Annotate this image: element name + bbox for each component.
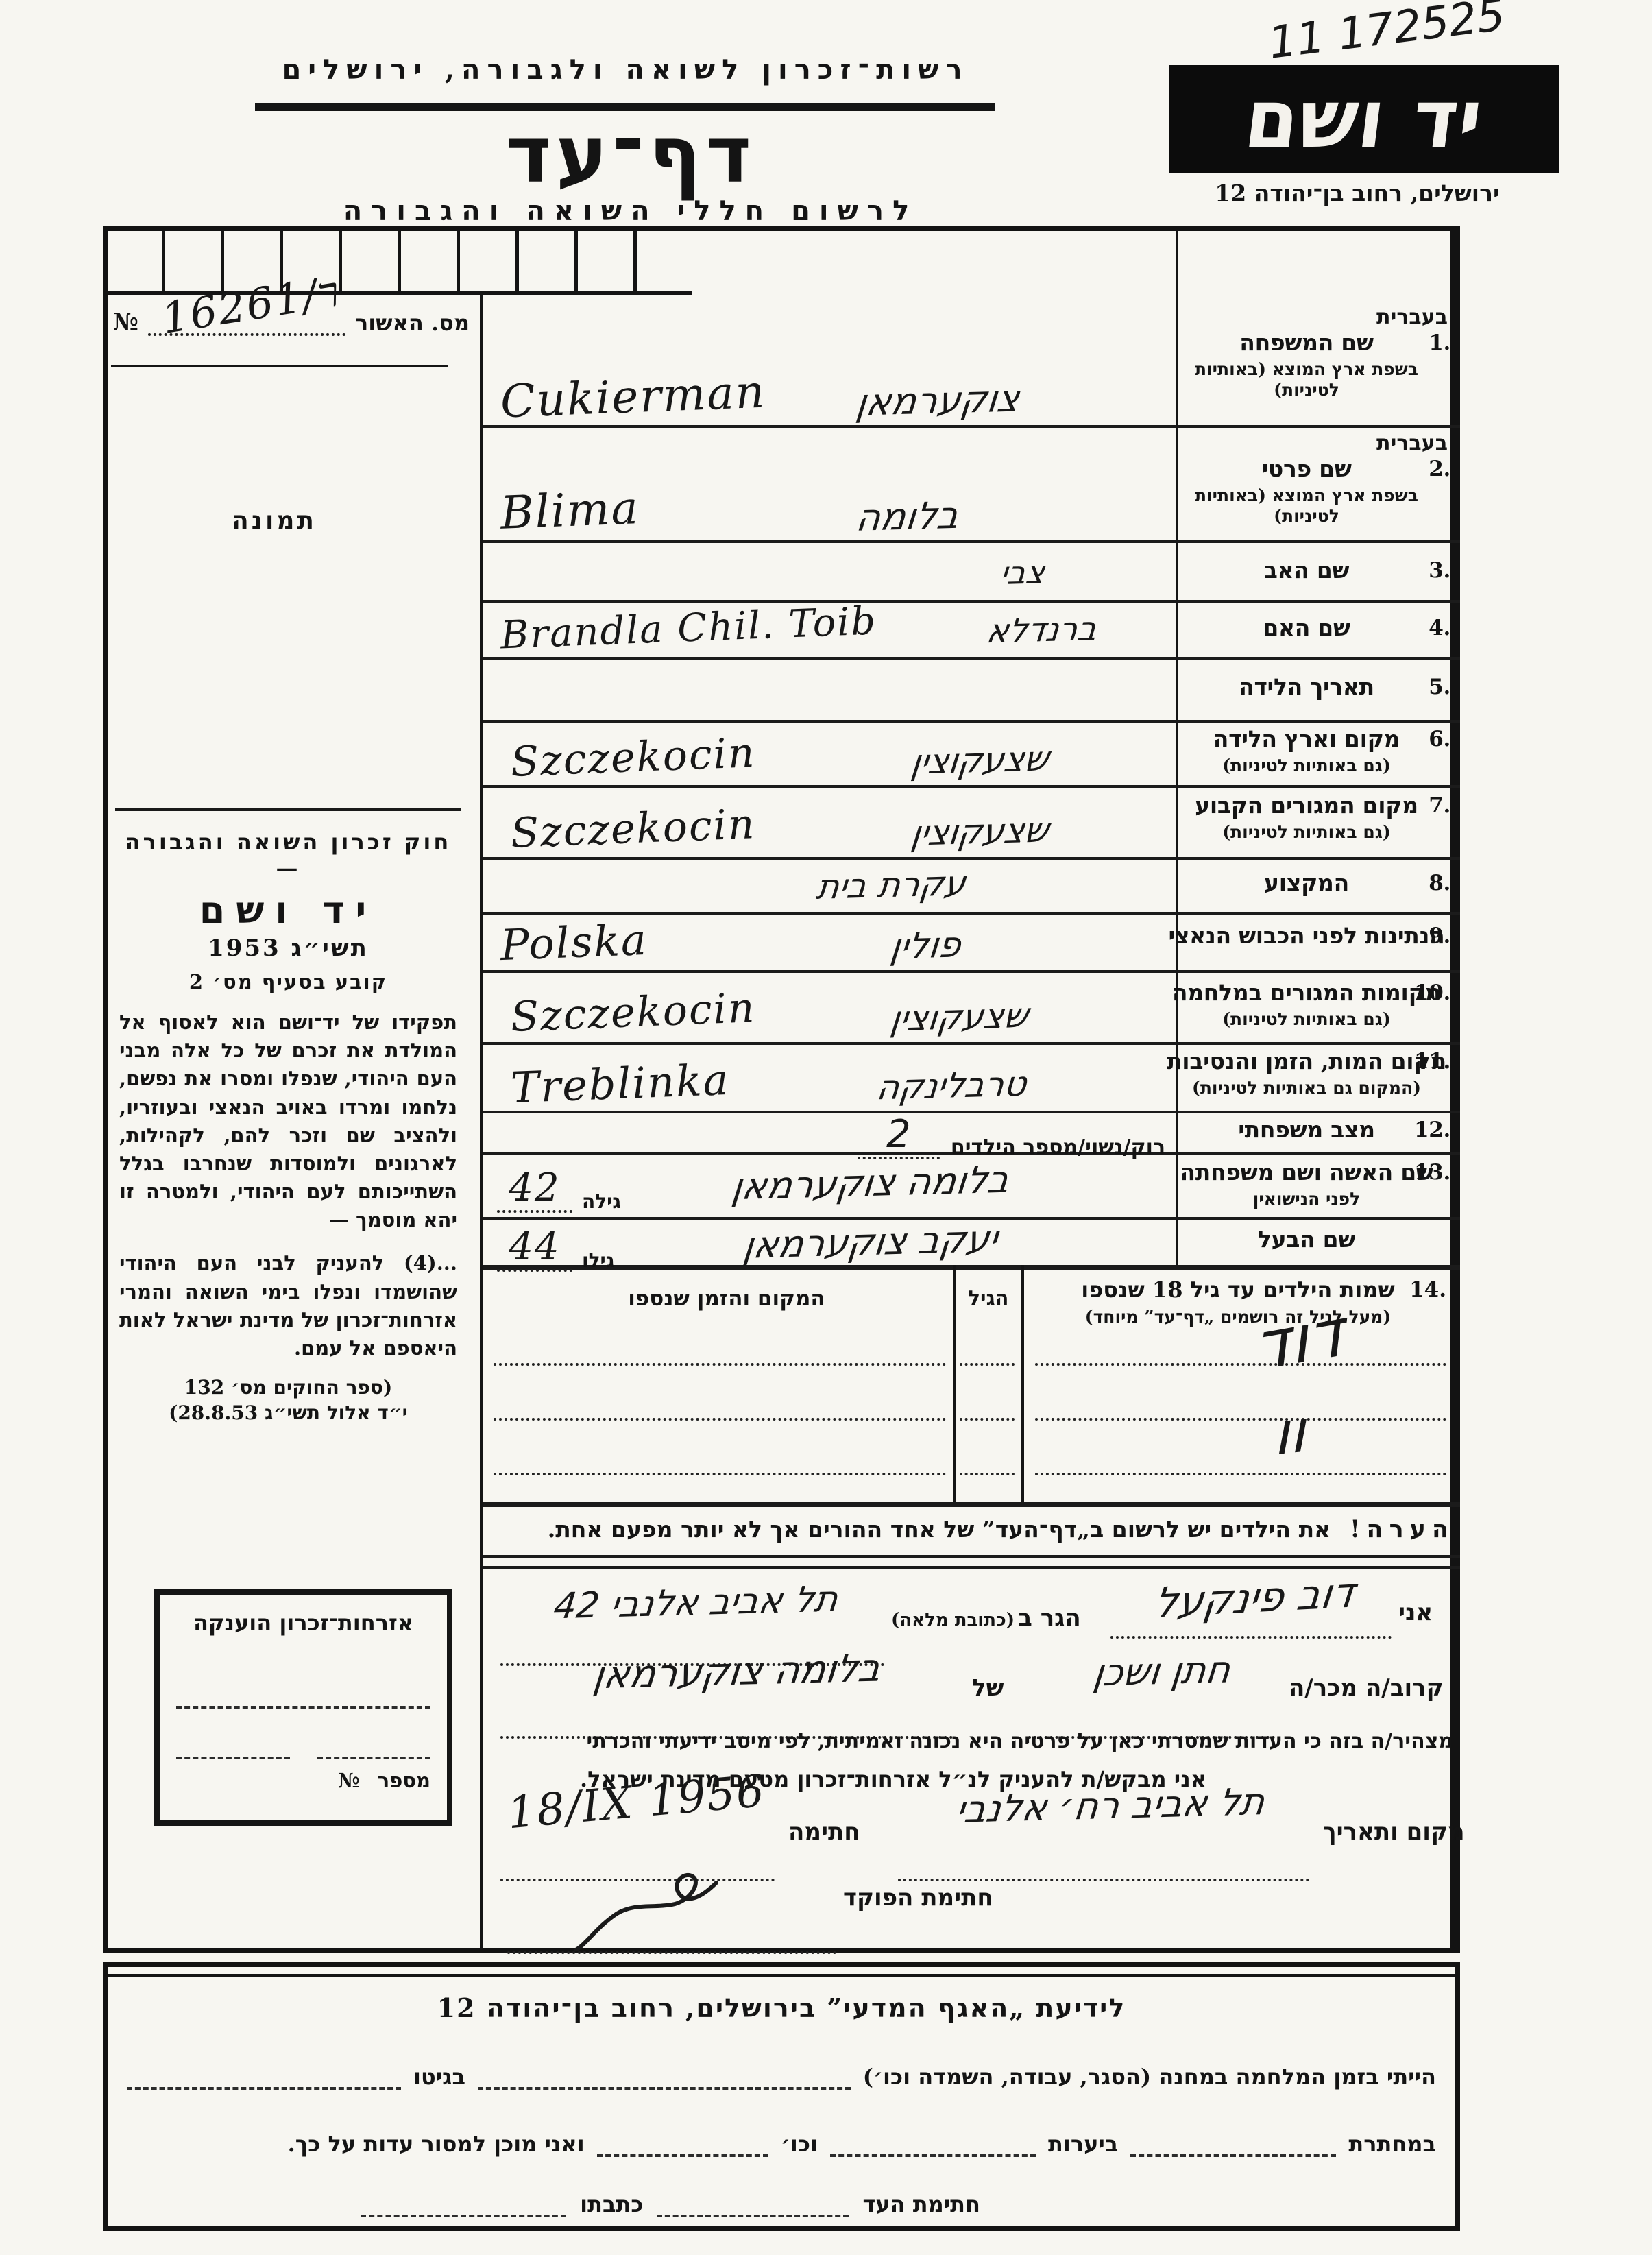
double-rule-b [483,1566,1460,1569]
child-row-name-line [1035,1336,1446,1366]
clerk-signature-scribble [569,1862,727,1951]
field-7-label: 7.מקום המגורים הקבוע (גם באותיות לטיניות… [1165,792,1448,843]
row-rule [483,857,1460,860]
field-9-hebrew-entry: פולין [888,919,1161,967]
citizenship-numero-sign: № [338,1769,360,1792]
husband-name-label: שם הבעל [1165,1226,1448,1253]
approval-row-rule [111,365,448,367]
double-rule-a [483,1555,1460,1558]
field-9-label: 9.הנתינות לפני הכבוש הנאצי [1165,922,1448,949]
war-location-row-2: במחתרת ביערות וכו׳ ואני מוכן למסור עדות … [127,2124,1436,2157]
row-rule [483,912,1460,915]
child-row-age-line [960,1445,1015,1475]
children-age-column-header: הגיל [953,1286,1024,1310]
children-count-value: 2 [886,1112,911,1157]
child-row-name-line [1035,1445,1446,1475]
witness-address-label: כתבתו [580,2191,643,2217]
science-branch-inner-rule [108,1974,1455,1977]
field-11-label: 11.מקום המות, הזמן והנסיבות (המקום גם בא… [1165,1048,1448,1098]
etc-label: וכו׳ [781,2131,818,2157]
resides-label: הגר ב [1018,1604,1081,1632]
of-label: של [972,1674,1004,1702]
law-year: תשי״ג 1953 [115,934,461,962]
witness-signature-label: חתימת העד [862,2191,980,2217]
row-rule [483,540,1460,543]
section-rule-thick [483,1502,1460,1507]
row-rule [483,600,1460,603]
field-1-hebrew-entry: צוקערמאן [854,373,1162,424]
field-6-label: 6.מקום וארץ הלידה (גם באותיות לטיניות) [1165,725,1448,776]
note-label: הערה! [1350,1515,1455,1543]
camp-blank [478,2057,851,2090]
row-rule [483,657,1460,660]
row-rule [483,720,1460,723]
law-yad-vashem-name: יד ושם [115,888,461,932]
field-11-latin-entry: Treblinka [510,1054,731,1113]
resides-sublabel: (כתובת מלאה) [891,1610,1015,1630]
field-3-hebrew-entry: צבי [999,551,1161,592]
law-paragraph-2: ‏...(4) להעניק לבני העם היהודי שהושמדו ו… [119,1249,457,1362]
field-7-hebrew-entry: שצעקוצין [909,807,1161,853]
yad-vashem-logo: יד ושם [1169,65,1559,173]
field-12-label: 12.מצב משפחתי [1165,1116,1448,1143]
citizenship-number-row: מספר № [176,1769,430,1792]
marital-status-inline-label: רוק/נשוי/מספר הילדים [951,1135,1165,1159]
children-section-label: 14. שמות הילדים עד גיל 18 שנספו (מעל לגי… [1028,1277,1448,1327]
ghetto-label: בגיטו [413,2064,465,2090]
husband-age-group: גילו 44 [497,1225,614,1272]
form-title: דף־עד [356,115,905,193]
ghetto-blank [127,2057,401,2090]
child-row-age-line [960,1336,1015,1366]
field-5-label: 5.תאריך הלידה [1165,673,1448,700]
logo-address: ירושלים, רחוב בן־יהודה 12 [1138,180,1577,206]
citizenship-box-title: אזרחות־זכרון הוענקה [160,1610,447,1636]
child-name-entry-2: וו [1274,1397,1306,1469]
law-title: חוק זכרון השואה והגבורה — [115,829,461,881]
law-text-block: חוק זכרון השואה והגבורה — יד ושם תשי״ג 1… [115,808,461,1424]
numero-sign: № [113,309,138,336]
war-location-row-1: הייתי בזמן המלחמה במחנה (הסגר, עבודה, הש… [127,2057,1436,2090]
field-1-latin-entry: Cukierman [500,365,767,429]
note-text: את הילדים יש לרשום ב„דף־העד” של אחד ההור… [548,1516,1331,1543]
law-paragraph-1: תפקידו של יד־ושם הוא לאסוף אל המולדת את … [119,1009,457,1234]
field-13-label: 13.שם האשה ושם משפחתה לפני הנישואין [1165,1159,1448,1209]
child-row-place-line [494,1336,946,1366]
field-4-hebrew-entry: ברנדלא [984,608,1161,651]
law-reference-2: י״ד אלול תשי״ג 28.8.53) [115,1401,461,1424]
row-rule [483,970,1460,973]
child-row-age-line [960,1390,1015,1421]
husband-age-value: 44 [509,1225,560,1269]
row-rule [483,785,1460,788]
citizenship-box: אזרחות־זכרון הוענקה מספר № [154,1589,452,1826]
row-rule [483,425,1460,428]
wife-age-value: 42 [509,1166,560,1210]
witness-address-blank [361,2184,566,2217]
resides-label-group: הגר ב (כתובת מלאה) [891,1604,1081,1632]
child-name-entry: דוד [1252,1293,1346,1386]
camp-label: הייתי בזמן המלחמה במחנה (הסגר, עבודה, הש… [863,2064,1436,2090]
forests-blank [830,2124,1036,2157]
child-row-place-line [494,1445,946,1475]
husband-age-label: גילו [582,1249,614,1272]
field-9-latin-entry: Polska [500,915,648,970]
children-count-line: 2 [858,1112,940,1159]
signature-label: חתימה [788,1818,860,1846]
yad-vashem-logo-text: יד ושם [1240,73,1488,167]
witness-signature-row: חתימת העד כתבתו [295,2184,980,2217]
child-row-place-line [494,1390,946,1421]
children-note-row: הערה! את הילדים יש לרשום ב„דף־העד” של אח… [500,1515,1455,1543]
field-10-latin-entry: Szczekocin [510,984,757,1041]
field-4-label: 4.שם האם [1165,614,1448,641]
wife-age-group: גילה 42 [497,1166,621,1213]
perforation-strip [106,230,692,295]
witness-signature-blank [657,2184,849,2217]
underground-blank [1130,2124,1336,2157]
field-10-hebrew-entry: שצעקוצין [888,992,1161,1039]
approval-number-label: מס. האשור [355,310,470,336]
place-date-label: מקום ותאריך [1323,1818,1465,1846]
law-section: קובע בסעיף מס׳ 2 [115,970,461,993]
place-date-line [898,1851,1309,1881]
law-reference-1: (ספר החוקים מס׳ 132 [115,1376,461,1399]
field-2-hebrew-entry: בלומה [854,488,1162,539]
declarant-name-line [1110,1608,1392,1639]
wife-age-label: גילה [582,1190,621,1213]
etc-blank [597,2124,768,2157]
header-authority: רשות־זכרון לשואה ולגבורה, ירושלים [254,53,997,86]
field-1-label: בעברית 1.שם המשפחה בשפת ארץ המוצא (באותי… [1165,306,1448,400]
children-place-column-header: המקום והזמן שנספו [521,1286,932,1311]
field-3-label: 3.שם האב [1165,557,1448,583]
science-branch-title: לידיעת „האגף המדעי” בירושלים, רחוב בן־יה… [274,1992,1289,2023]
citizenship-blank-line [176,1676,430,1709]
forests-label: ביערות [1048,2131,1118,2157]
field-6-hebrew-entry: שצעקוצין [909,736,1161,782]
underground-label: במחתרת [1348,2131,1436,2157]
field-2-label: בעברית 2.שם פרטי בשפת ארץ המוצא (באותיות… [1165,432,1448,527]
child-row-name-line [1035,1390,1446,1421]
citizenship-blank-line-2 [176,1726,430,1759]
clerk-signature-label: חתימת הפוקד [843,1884,993,1912]
relationship-entry: חתן ושכן [1039,1646,1285,1696]
form-subtitle: לרשום חללי השואה והגבורה [288,195,973,227]
testimony-page-document: 172525 11 רשות־זכרון לשואה ולגבורה, ירוש… [0,0,1652,2255]
relative-label: קרוב/ה מכר/ה [1289,1674,1444,1702]
declaration-i-label: אני [1398,1599,1433,1626]
testify-label: ואני מוכן למסור עדות על כך. [288,2131,585,2157]
field-6-latin-entry: Szczekocin [510,729,757,786]
photo-placeholder-label: תמונה [206,506,343,535]
field-11-hebrew-entry: טרבלינקה [875,1061,1161,1108]
section-rule-thick [483,1265,1460,1270]
citizenship-number-label: מספר [378,1769,430,1792]
row-rule [483,1042,1460,1045]
field-8-label: 8.המקצוע [1165,869,1448,896]
handwritten-file-number: 172525 11 [1266,0,1508,69]
marital-status-row: רוק/נשוי/מספר הילדים 2 [740,1112,1165,1159]
field-10-label: 10.מקומות המגורים במלחמה (גם באותיות לטי… [1165,979,1448,1030]
declaration-statement: מצהיר/ה בזה כי העדות שמסרתי כאן על פרטיה… [518,1729,1453,1753]
field-7-latin-entry: Szczekocin [510,800,757,858]
field-2-latin-entry: Blima [500,481,640,540]
